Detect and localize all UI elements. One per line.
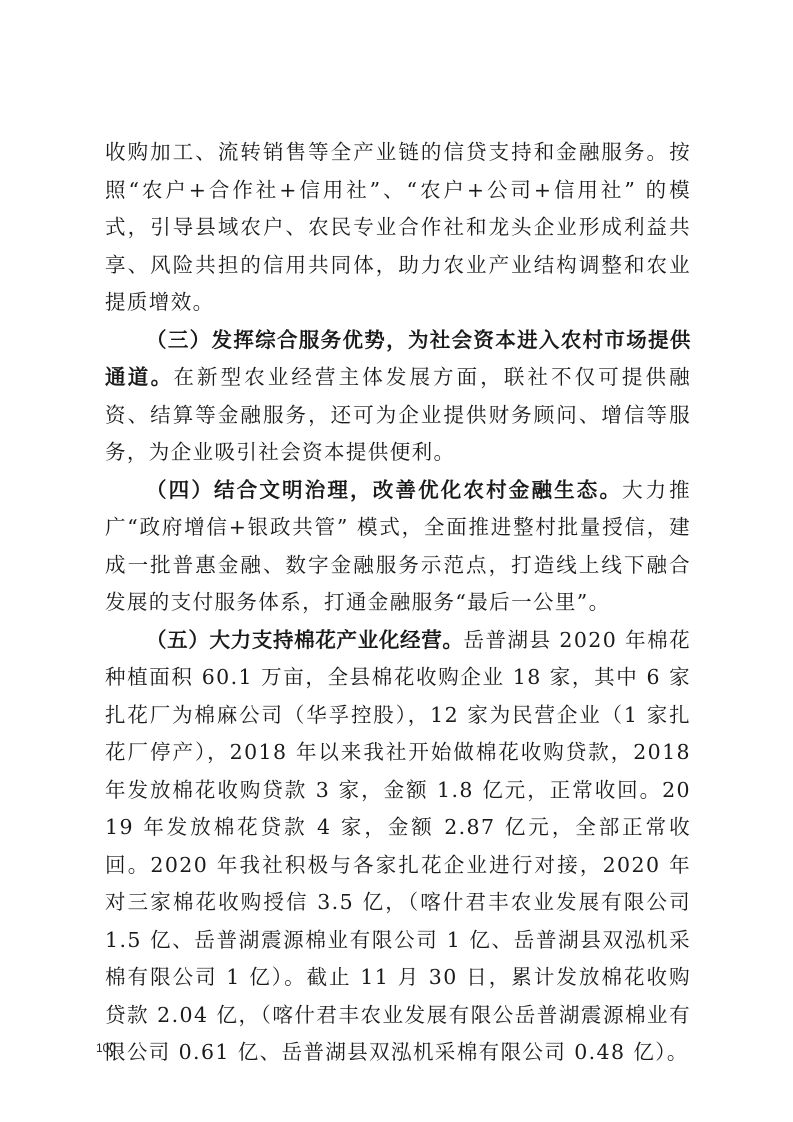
section-heading-4: （四）结合文明治理，改善优化农村金融生态。 [146, 478, 622, 502]
paragraph-section-4: （四）结合文明治理，改善优化农村金融生态。大力推广“政府增信+银政共管” 模式，… [105, 472, 691, 622]
paragraph-section-3: （三）发挥综合服务优势，为社会资本进入农村市场提供通道。在新型农业经营主体发展方… [105, 322, 691, 472]
paragraph-continuation: 收购加工、流转销售等全产业链的信贷支持和金融服务。按照“农户+合作社+信用社”、… [105, 134, 691, 322]
page-number: 100 [96, 1041, 116, 1055]
paragraph-text: 岳普湖县 2020 年棉花种植面积 60.1 万亩，全县棉花收购企业 18 家，… [105, 628, 691, 1065]
paragraph-text: 在新型农业经营主体发展方面，联社不仅可提供融资、结算等金融服务，还可为企业提供财… [105, 365, 691, 464]
paragraph-text: 收购加工、流转销售等全产业链的信贷支持和金融服务。按照“农户+合作社+信用社”、… [105, 140, 691, 314]
section-heading-5: （五）大力支持棉花产业化经营。 [146, 628, 464, 652]
document-page-body: 收购加工、流转销售等全产业链的信贷支持和金融服务。按照“农户+合作社+信用社”、… [105, 134, 691, 1072]
paragraph-section-5: （五）大力支持棉花产业化经营。岳普湖县 2020 年棉花种植面积 60.1 万亩… [105, 622, 691, 1072]
